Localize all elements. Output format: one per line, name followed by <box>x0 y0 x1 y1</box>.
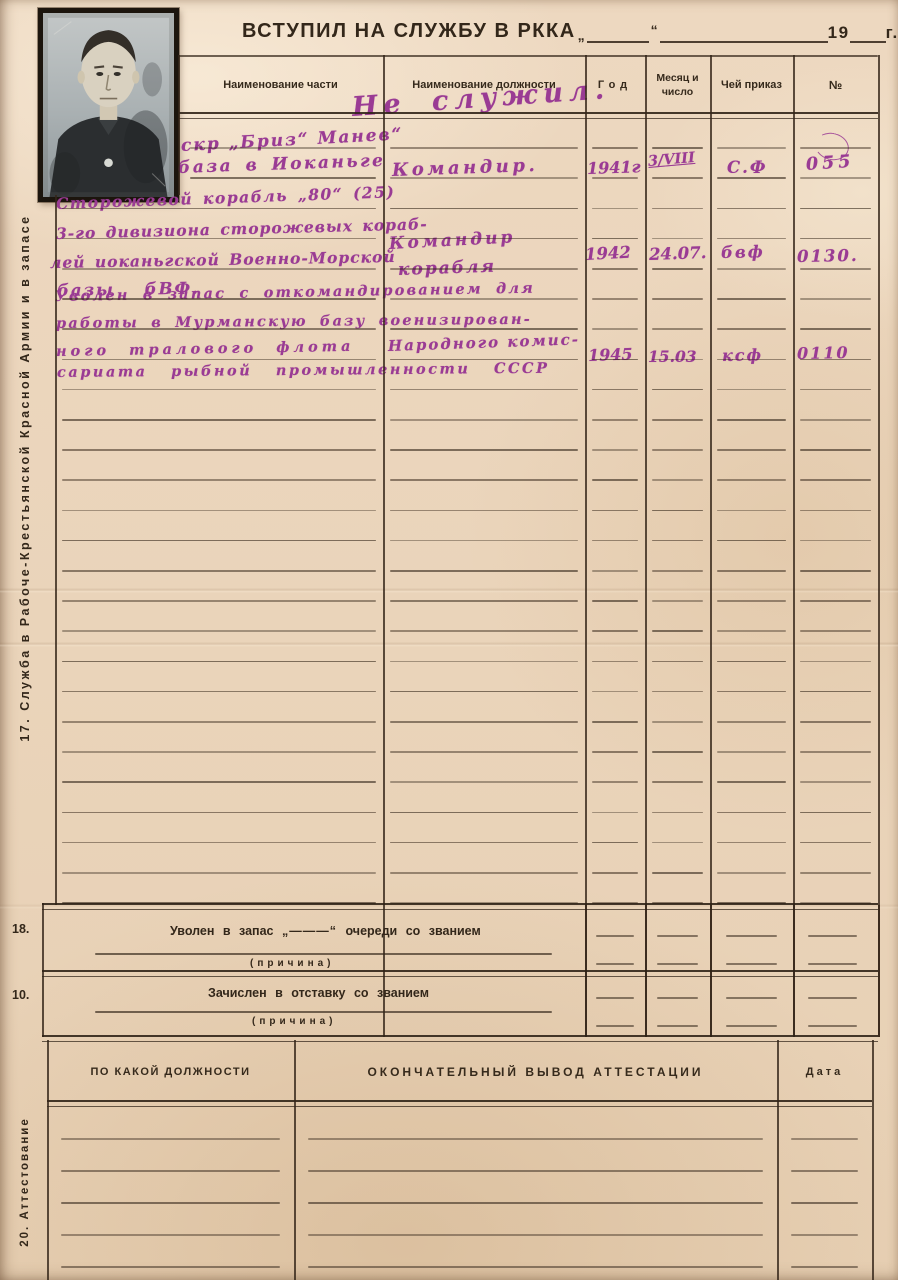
header-cell-part: Наименование части <box>180 57 381 114</box>
section19-cause-label: (причина) <box>252 1016 337 1027</box>
attestation-header-position: ПО КАКОЙ ДОЛЖНОСТИ <box>47 1045 294 1100</box>
hw-e2-order-by: бвф <box>721 242 765 262</box>
hw-e2-year: 1942 <box>585 243 632 264</box>
section19-number: 10. <box>12 988 29 1002</box>
hw-e3-line3: ного тралового флота <box>56 338 355 360</box>
hw-e2-order-no: 0130. <box>797 246 859 266</box>
attestation-header-conclusion: ОКОНЧАТЕЛЬНЫЙ ВЫВОД АТТЕСТАЦИИ <box>294 1045 777 1100</box>
section18-number: 18. <box>12 922 29 936</box>
section18-prefix: Уволен в запас <box>170 924 274 938</box>
hw-e1-order-by: С.Ф <box>727 158 768 177</box>
hw-e1-year: 1941г <box>587 157 641 178</box>
title-day-blank <box>587 23 649 43</box>
title-month-blank <box>660 23 828 43</box>
hw-e2-month-day: 24.07. <box>649 243 707 264</box>
portrait-photo <box>38 8 179 202</box>
title-year-prefix: 19 <box>828 23 850 43</box>
section19-text: Зачислен в отставку со званием <box>208 986 429 1000</box>
hw-e3-line4: сариата рыбной промышленности СССР <box>57 360 550 381</box>
section18-cause-label: (причина) <box>250 958 335 969</box>
page-title: ВСТУПИЛ НА СЛУЖБУ В РККА „ “ 19 г. <box>242 20 898 43</box>
side-label-service-17: 17. Служба в Рабоче-Крестьянской Красной… <box>18 214 32 741</box>
header-cell-month-day: Месяц и число <box>647 57 708 114</box>
paper-crease <box>0 640 898 648</box>
section18-blank: „———“ <box>282 924 337 938</box>
header-cell-order: Чей приказ <box>712 57 791 114</box>
hw-e3-year: 1945 <box>588 344 633 365</box>
section18-suffix: очереди со званием <box>345 924 480 938</box>
hw-e3-line3b: Народного комис- <box>388 330 581 355</box>
page-title-text: ВСТУПИЛ НА СЛУЖБУ В РККА <box>242 20 576 43</box>
hw-e1-month-day: 3/VIII <box>647 149 695 170</box>
side-label-attestation-20: 20. Аттестование <box>19 1117 31 1246</box>
title-year-blank <box>850 23 886 43</box>
title-year-suffix: г. <box>886 23 898 43</box>
title-open-quote: „ <box>578 27 585 43</box>
hw-e3-month-day: 15.03 <box>648 347 697 366</box>
title-close-quote: “ <box>651 22 658 38</box>
portrait-photo-image <box>43 13 174 197</box>
service-record-page: ВСТУПИЛ НА СЛУЖБУ В РККА „ “ 19 г. Наиме… <box>0 0 898 1280</box>
hw-e1-part-line2: база в Иоканьге <box>178 151 386 178</box>
hw-e3-order-by: ксф <box>722 345 763 365</box>
attestation-header-date: Дата <box>777 1045 872 1100</box>
header-cell-number: № <box>795 57 876 114</box>
paper-crease <box>0 586 898 594</box>
section18-text: Уволен в запас „———“ очереди со званием <box>170 924 481 938</box>
